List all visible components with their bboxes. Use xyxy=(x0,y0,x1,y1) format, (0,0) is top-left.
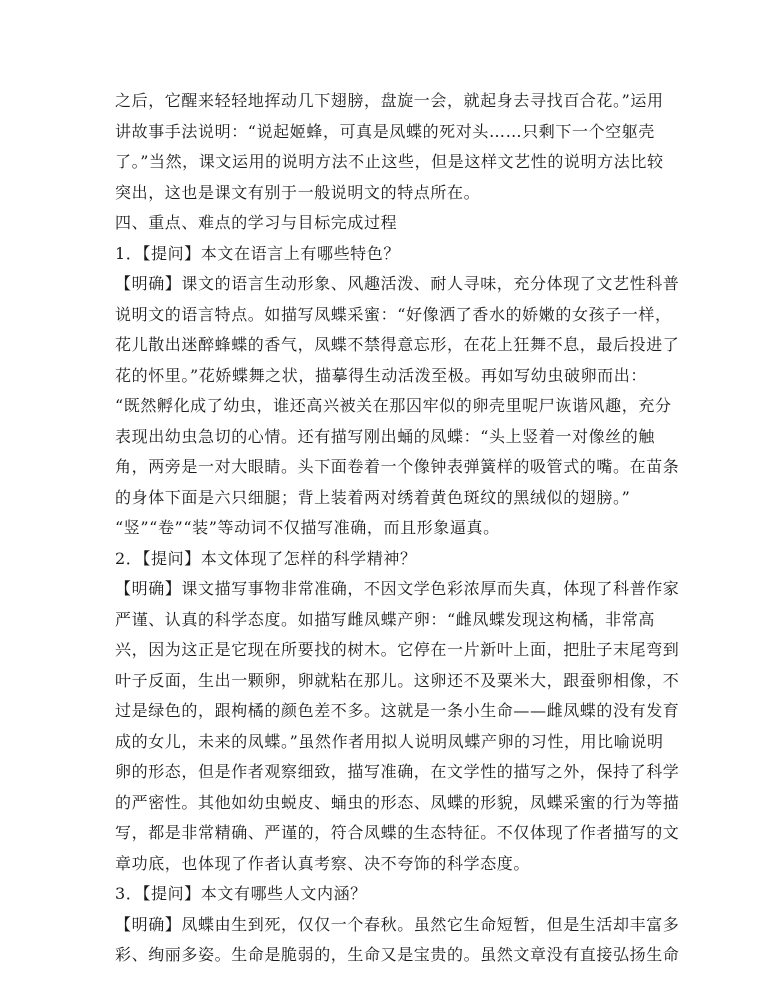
text-line: 的身体下面是六只细腿；背上装着两对绣着黄色斑纹的黑绒似的翅膀。” xyxy=(115,483,655,514)
text-line: 【明确】课文描写事物非常准确，不因文学色彩浓厚而失真，体现了科普作家 xyxy=(115,574,655,605)
text-line: 彩、绚丽多姿。生命是脆弱的，生命又是宝贵的。虽然文章没有直接弘扬生命 xyxy=(115,940,655,971)
text-line: 花儿散出迷醉蜂蝶的香气，凤蝶不禁得意忘形，在花上狂舞不息，最后投进了 xyxy=(115,330,655,361)
question-2: 2．【提问】本文体现了怎样的科学精神？ xyxy=(115,544,655,575)
text-line: 叶子反面，生出一颗卵，卵就粘在那儿。这卵还不及粟米大，跟蚕卵相像，不 xyxy=(115,666,655,697)
text-line: 成的女儿，未来的凤蝶。”虽然作者用拟人说明凤蝶产卵的习性，用比喻说明 xyxy=(115,727,655,758)
document-page: 之后，它醒来轻轻地挥动几下翅膀，盘旋一会，就起身去寻找百合花。”运用 讲故事手法… xyxy=(115,86,655,971)
text-line: 【明确】凤蝶由生到死，仅仅一个春秋。虽然它生命短暂，但是生活却丰富多 xyxy=(115,910,655,941)
question-text: 1．【提问】本文在语言上有哪些特色？ xyxy=(115,239,655,270)
heading-text: 四、重点、难点的学习与目标完成过程 xyxy=(115,208,655,239)
text-line: 花的怀里。”花娇蝶舞之状，描摹得生动活泼至极。再如写幼虫破卵而出： xyxy=(115,361,655,392)
answer-1: 【明确】课文的语言生动形象、风趣活泼、耐人寻味，充分体现了文艺性科普 说明文的语… xyxy=(115,269,655,544)
question-3: 3．【提问】本文有哪些人文内涵？ xyxy=(115,879,655,910)
answer-2: 【明确】课文描写事物非常准确，不因文学色彩浓厚而失真，体现了科普作家 严谨、认真… xyxy=(115,574,655,879)
text-line: 说明文的语言特点。如描写凤蝶采蜜：“好像洒了香水的娇嫩的女孩子一样， xyxy=(115,300,655,331)
text-line: 章功底，也体现了作者认真考察、决不夸饰的科学态度。 xyxy=(115,849,655,880)
section-heading: 四、重点、难点的学习与目标完成过程 xyxy=(115,208,655,239)
text-line: 兴，因为这正是它现在所要找的树木。它停在一片新叶上面，把肚子末尾弯到 xyxy=(115,635,655,666)
text-line: 表现出幼虫急切的心情。还有描写刚出蛹的凤蝶：“头上竖着一对像丝的触 xyxy=(115,422,655,453)
text-line: 突出，这也是课文有别于一般说明文的特点所在。 xyxy=(115,178,655,209)
text-line: 卵的形态，但是作者观察细致，描写准确，在文学性的描写之外，保持了科学 xyxy=(115,757,655,788)
text-line: “既然孵化成了幼虫，谁还高兴被关在那囚牢似的卵壳里呢尸诙谐风趣，充分 xyxy=(115,391,655,422)
text-line: 角，两旁是一对大眼睛。头下面卷着一个像钟表弹簧样的吸管式的嘴。在苗条 xyxy=(115,452,655,483)
text-line: 严谨、认真的科学态度。如描写雌凤蝶产卵：“雌凤蝶发现这枸橘，非常高 xyxy=(115,605,655,636)
text-line: 讲故事手法说明：“说起姬蜂，可真是凤蝶的死对头……只剩下一个空躯壳 xyxy=(115,117,655,148)
text-line: 过是绿色的，跟枸橘的颜色差不多。这就是一条小生命——雌凤蝶的没有发育 xyxy=(115,696,655,727)
paragraph-intro-continuation: 之后，它醒来轻轻地挥动几下翅膀，盘旋一会，就起身去寻找百合花。”运用 讲故事手法… xyxy=(115,86,655,208)
question-text: 2．【提问】本文体现了怎样的科学精神？ xyxy=(115,544,655,575)
answer-3: 【明确】凤蝶由生到死，仅仅一个春秋。虽然它生命短暂，但是生活却丰富多 彩、绚丽多… xyxy=(115,910,655,971)
text-line: “竖”“卷”“装”等动词不仅描写准确，而且形象逼真。 xyxy=(115,513,655,544)
text-line: 的严密性。其他如幼虫蜕皮、蛹虫的形态、凤蝶的形貌，凤蝶采蜜的行为等描 xyxy=(115,788,655,819)
text-line: 【明确】课文的语言生动形象、风趣活泼、耐人寻味，充分体现了文艺性科普 xyxy=(115,269,655,300)
text-line: 写，都是非常精确、严谨的，符合凤蝶的生态特征。不仅体现了作者描写的文 xyxy=(115,818,655,849)
text-line: 之后，它醒来轻轻地挥动几下翅膀，盘旋一会，就起身去寻找百合花。”运用 xyxy=(115,86,655,117)
question-1: 1．【提问】本文在语言上有哪些特色？ xyxy=(115,239,655,270)
question-text: 3．【提问】本文有哪些人文内涵？ xyxy=(115,879,655,910)
text-line: 了。”当然，课文运用的说明方法不止这些，但是这样文艺性的说明方法比较 xyxy=(115,147,655,178)
